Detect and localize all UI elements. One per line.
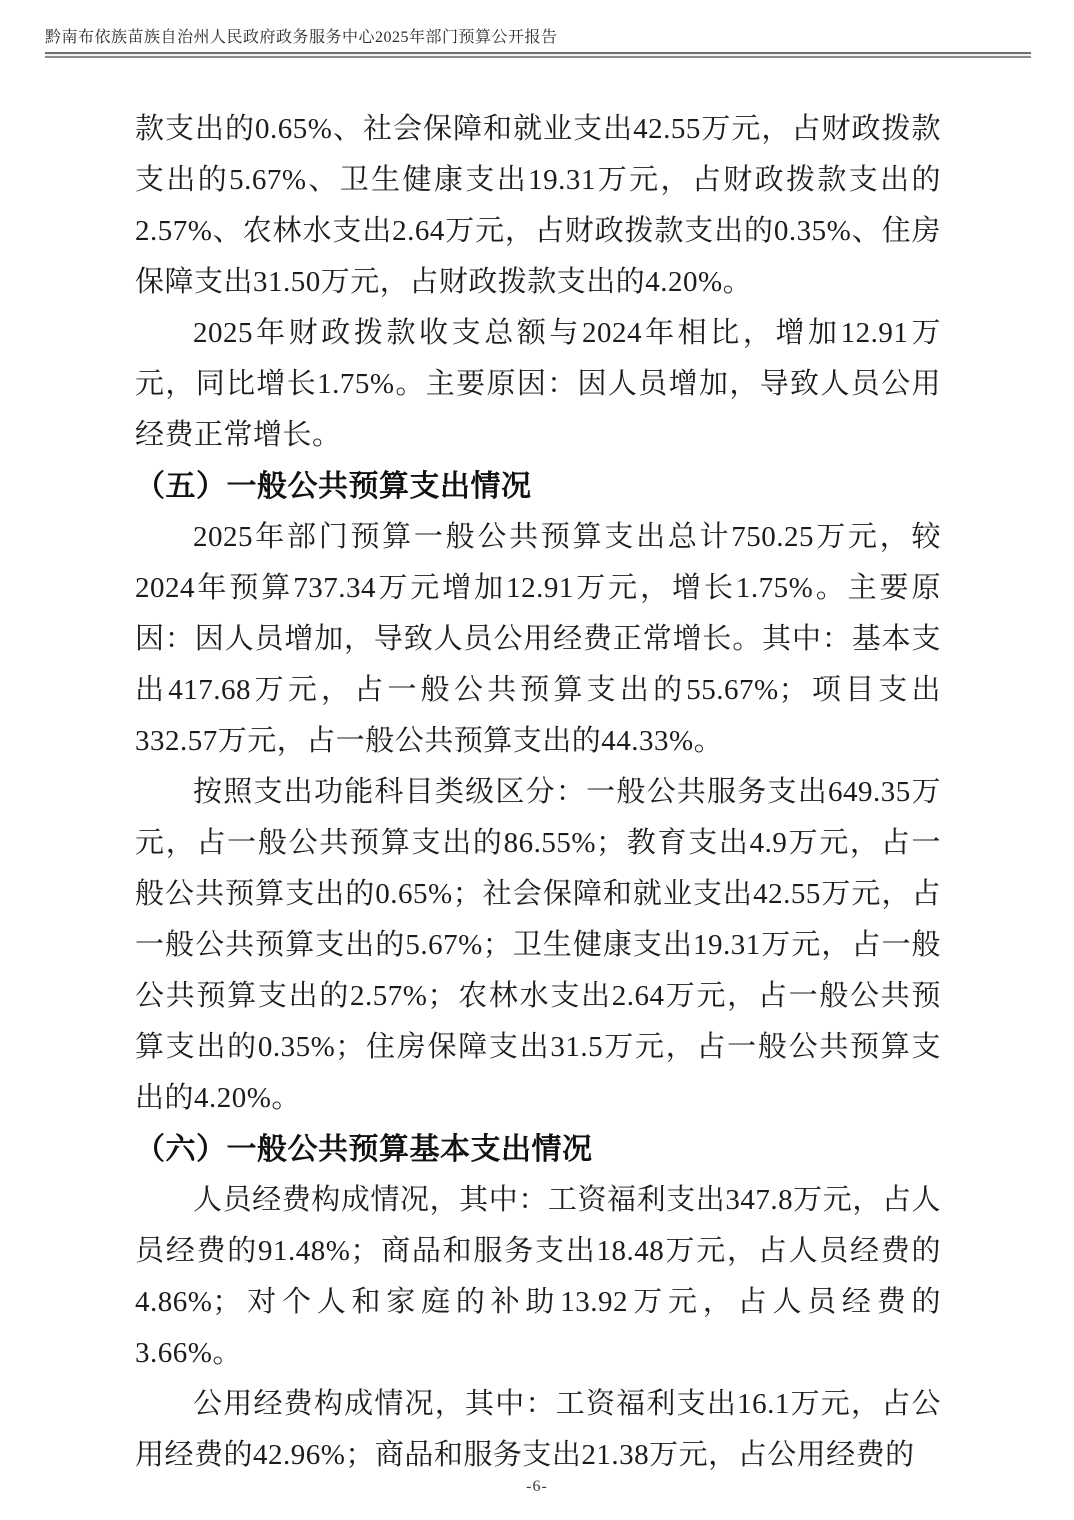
body-paragraph: 2025年部门预算一般公共预算支出总计750.25万元，较2024年预算737.… (135, 512, 941, 767)
header-title: 黔南布依族苗族自治州人民政府政务服务中心2025年部门预算公开报告 (45, 28, 1031, 47)
document-page: 黔南布依族苗族自治州人民政府政务服务中心2025年部门预算公开报告 款支出的0.… (0, 0, 1074, 1520)
body-paragraph: 公用经费构成情况，其中：工资福利支出16.1万元，占公用经费的42.96%；商品… (135, 1379, 941, 1481)
page-footer: -6- (0, 1478, 1074, 1496)
body-paragraph: 按照支出功能科目类级区分：一般公共服务支出649.35万元，占一般公共预算支出的… (135, 767, 941, 1124)
body-paragraph: 2025年财政拨款收支总额与2024年相比，增加12.91万元，同比增长1.75… (135, 308, 941, 461)
document-body: 款支出的0.65%、社会保障和就业支出42.55万元，占财政拨款支出的5.67%… (135, 104, 941, 1481)
section-heading: （五）一般公共预算支出情况 (135, 461, 941, 512)
header-rule (45, 52, 1031, 58)
body-paragraph: 款支出的0.65%、社会保障和就业支出42.55万元，占财政拨款支出的5.67%… (135, 104, 941, 308)
page-header: 黔南布依族苗族自治州人民政府政务服务中心2025年部门预算公开报告 (45, 28, 1031, 58)
body-paragraph: 人员经费构成情况，其中：工资福利支出347.8万元，占人员经费的91.48%；商… (135, 1175, 941, 1379)
section-heading: （六）一般公共预算基本支出情况 (135, 1124, 941, 1175)
page-number: -6- (526, 1478, 548, 1495)
